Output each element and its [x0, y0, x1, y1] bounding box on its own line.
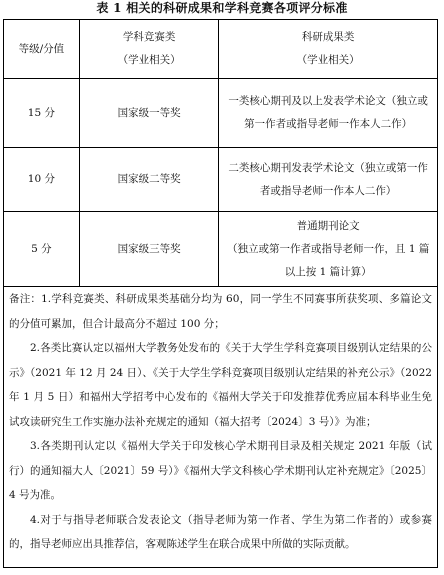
note-2: 2.各类比赛认定以福州大学教务处发布的《关于大学生学科竞赛项目级别认定结果的公示… [9, 336, 432, 434]
header-level: 等级/分值 [4, 20, 80, 79]
score-cell: 10 分 [4, 148, 80, 212]
note-4: 4.对于与指导老师联合发表论文（指导老师为第一作者、学生为第二作者的）或参赛的，… [9, 508, 432, 557]
research-cell-detail: （独立或第一作者或指导老师一作，且 1 篇以上按 1 篇计算） [225, 238, 431, 284]
table-row: 5 分 国家级三等奖 普通期刊论文 （独立或第一作者或指导老师一作，且 1 篇以… [4, 212, 438, 287]
header-research-sub: （学业相关） [225, 49, 431, 72]
table-header-row: 等级/分值 学科竞赛类 （学业相关） 科研成果类 （学业相关） [4, 20, 438, 79]
note-1: 备注：1.学科竞赛类、科研成果类基础分均为 60，同一学生不同赛事所获奖项、多篇… [9, 287, 432, 336]
note-3: 3.各类期刊认定以《福州大学关于印发核心学术期刊目录及相关规定 2021 年版（… [9, 434, 432, 508]
research-cell: 一类核心期刊及以上发表学术论文（独立或第一作者或指导老师一作本人二作） [219, 79, 438, 148]
scoring-table: 等级/分值 学科竞赛类 （学业相关） 科研成果类 （学业相关） 15 分 国家级… [3, 19, 438, 568]
research-cell: 二类核心期刊发表学术论文（独立或第一作者或指导老师一作本人二作） [219, 148, 438, 212]
competition-cell: 国家级三等奖 [79, 212, 219, 287]
research-cell-title: 普通期刊论文 [225, 215, 431, 238]
table-row: 15 分 国家级一等奖 一类核心期刊及以上发表学术论文（独立或第一作者或指导老师… [4, 79, 438, 148]
table-row: 10 分 国家级二等奖 二类核心期刊发表学术论文（独立或第一作者或指导老师一作本… [4, 148, 438, 212]
competition-cell: 国家级二等奖 [79, 148, 219, 212]
notes-label: 备注： [9, 293, 41, 305]
table-title: 表 1 相关的科研成果和学科竞赛各项评分标准 [0, 0, 444, 16]
score-cell: 5 分 [4, 212, 80, 287]
header-competition-title: 学科竞赛类 [86, 26, 213, 49]
research-cell: 普通期刊论文 （独立或第一作者或指导老师一作，且 1 篇以上按 1 篇计算） [219, 212, 438, 287]
competition-cell: 国家级一等奖 [79, 79, 219, 148]
header-research: 科研成果类 （学业相关） [219, 20, 438, 79]
header-research-title: 科研成果类 [225, 26, 431, 49]
notes-row: 备注：1.学科竞赛类、科研成果类基础分均为 60，同一学生不同赛事所获奖项、多篇… [4, 287, 438, 568]
notes-cell: 备注：1.学科竞赛类、科研成果类基础分均为 60，同一学生不同赛事所获奖项、多篇… [4, 287, 438, 568]
header-competition: 学科竞赛类 （学业相关） [79, 20, 219, 79]
header-competition-sub: （学业相关） [86, 49, 213, 72]
score-cell: 15 分 [4, 79, 80, 148]
